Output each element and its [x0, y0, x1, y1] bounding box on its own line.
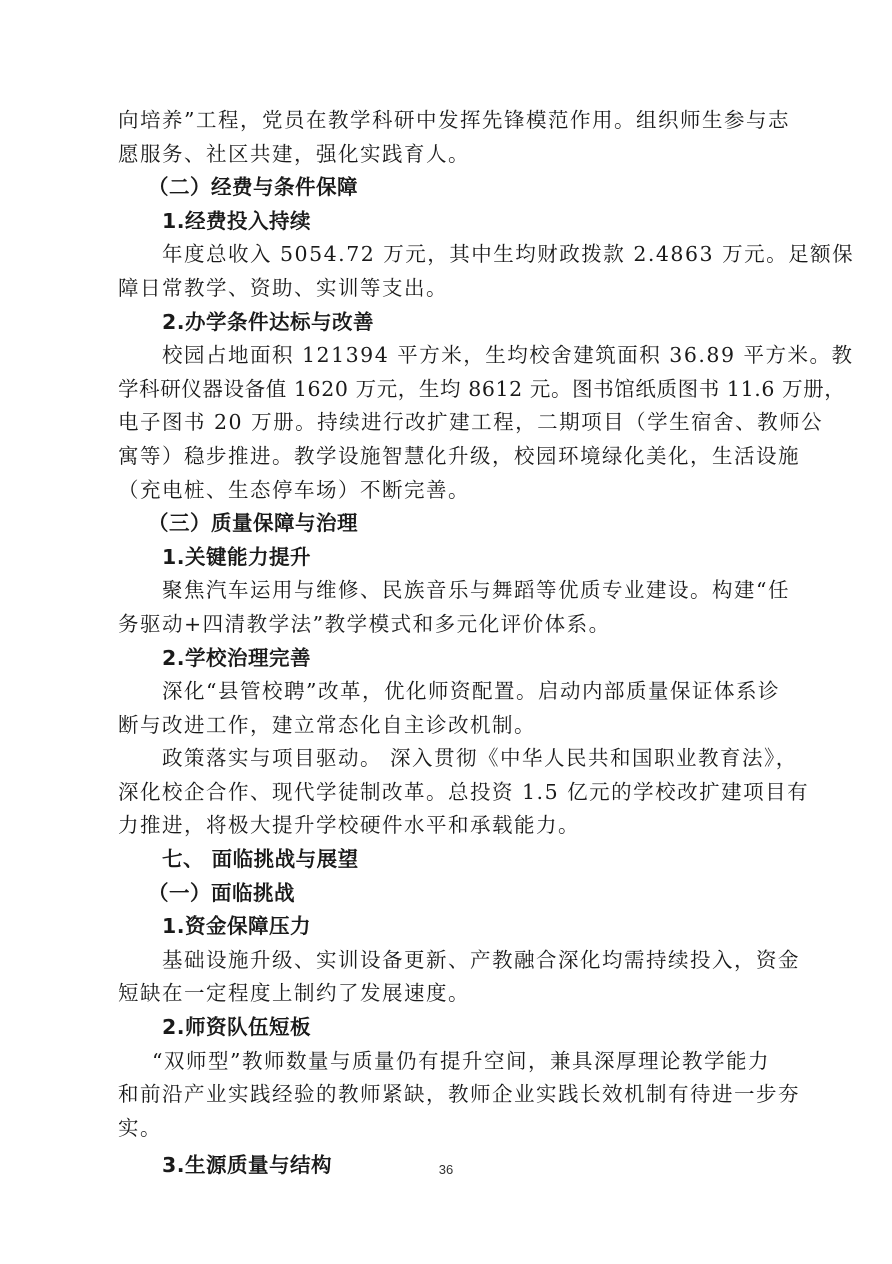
body-text-line: 愿服务、社区共建，强化实践育人。 — [118, 138, 774, 172]
page-number: 36 — [0, 1162, 892, 1177]
body-text-line: 聚焦汽车运用与维修、民族音乐与舞蹈等优质专业建设。构建“任 — [118, 574, 774, 608]
body-text-line: 务驱动+四清教学法”教学模式和多元化评价体系。 — [118, 608, 774, 642]
body-text-line: （充电桩、生态停车场）不断完善。 — [118, 474, 774, 508]
section-heading: （二）经费与条件保障 — [118, 171, 774, 205]
page-content: 向培养”工程，党员在教学科研中发挥先锋模范作用。组织师生参与志 愿服务、社区共建… — [118, 104, 774, 1183]
subsection-heading: 2.学校治理完善 — [118, 642, 774, 676]
subsection-heading: 1.资金保障压力 — [118, 910, 774, 944]
subsection-heading: 2.办学条件达标与改善 — [118, 306, 774, 340]
body-text-line: 学科研仪器设备值 1620 万元，生均 8612 元。图书馆纸质图书 11.6 … — [118, 373, 774, 407]
subsection-heading: 1.关键能力提升 — [118, 541, 774, 575]
body-text-line: 和前沿产业实践经验的教师紧缺，教师企业实践长效机制有待进一步夯 — [118, 1078, 774, 1112]
body-text-line: 政策落实与项目驱动。 深入贯彻《中华人民共和国职业教育法》， — [118, 742, 774, 776]
body-text-line: 深化“县管校聘”改革，优化师资配置。启动内部质量保证体系诊 — [118, 675, 774, 709]
document-page: 向培养”工程，党员在教学科研中发挥先锋模范作用。组织师生参与志 愿服务、社区共建… — [0, 0, 892, 1264]
body-text-line: 断与改进工作，建立常态化自主诊改机制。 — [118, 709, 774, 743]
chapter-heading: 七、 面临挑战与展望 — [118, 843, 774, 877]
body-text-line: 校园占地面积 121394 平方米，生均校舍建筑面积 36.89 平方米。教 — [118, 339, 774, 373]
body-text-line: 电子图书 20 万册。持续进行改扩建工程，二期项目（学生宿舍、教师公 — [118, 406, 774, 440]
body-text-line: 深化校企合作、现代学徒制改革。总投资 1.5 亿元的学校改扩建项目有 — [118, 776, 774, 810]
body-text-line: 障日常教学、资助、实训等支出。 — [118, 272, 774, 306]
section-heading: （三）质量保障与治理 — [118, 507, 774, 541]
section-heading: （一）面临挑战 — [118, 877, 774, 911]
body-text-line: 寓等）稳步推进。教学设施智慧化升级，校园环境绿化美化，生活设施 — [118, 440, 774, 474]
body-text-line: 短缺在一定程度上制约了发展速度。 — [118, 977, 774, 1011]
body-text-line: “双师型”教师数量与质量仍有提升空间，兼具深厚理论教学能力 — [118, 1045, 774, 1079]
subsection-heading: 1.经费投入持续 — [118, 205, 774, 239]
body-text-line: 向培养”工程，党员在教学科研中发挥先锋模范作用。组织师生参与志 — [118, 104, 774, 138]
body-text-line: 实。 — [118, 1112, 774, 1146]
body-text-line: 力推进，将极大提升学校硬件水平和承载能力。 — [118, 809, 774, 843]
body-text-line: 年度总收入 5054.72 万元，其中生均财政拨款 2.4863 万元。足额保 — [118, 238, 774, 272]
subsection-heading: 2.师资队伍短板 — [118, 1011, 774, 1045]
body-text-line: 基础设施升级、实训设备更新、产教融合深化均需持续投入，资金 — [118, 944, 774, 978]
